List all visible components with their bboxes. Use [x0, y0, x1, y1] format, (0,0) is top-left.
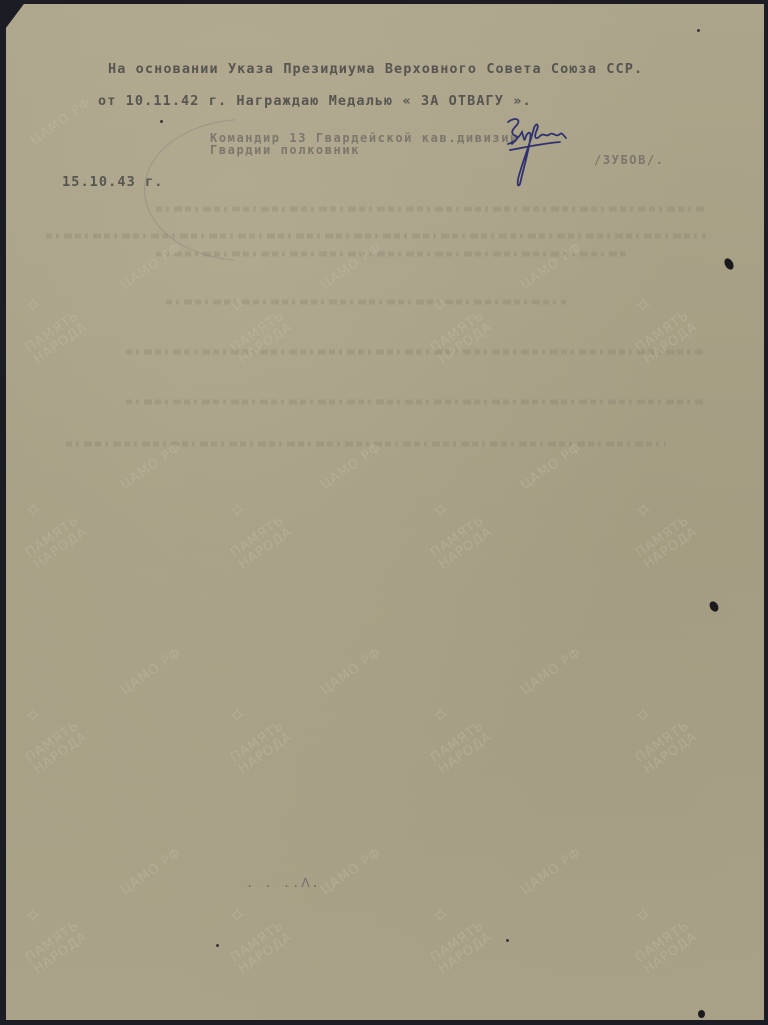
star-icon: ✧ [634, 704, 652, 729]
watermark-archive: ЦАМО РФ [518, 845, 584, 898]
watermark-archive: ЦАМО РФ [118, 240, 184, 293]
watermark-archive: ЦАМО РФ [518, 645, 584, 698]
watermark-archive: ЦАМО РФ [318, 440, 384, 493]
ink-smudge: . . ..ꓥ. [246, 876, 321, 890]
star-icon: ✧ [24, 499, 42, 524]
star-icon: ✧ [431, 499, 449, 524]
punch-hole [708, 600, 720, 614]
commander-title-line2: Гвардии полковник [210, 143, 360, 157]
handwritten-signature [502, 114, 582, 194]
star-icon: ✧ [24, 904, 42, 929]
star-icon: ✧ [228, 704, 246, 729]
document-page: На основании Указа Президиума Верховного… [6, 4, 764, 1020]
star-icon: ✧ [228, 904, 246, 929]
star-icon: ✧ [634, 294, 652, 319]
watermark-archive: ЦАМО РФ [28, 95, 94, 148]
commander-name: /ЗУБОВ/. [594, 153, 665, 167]
watermark-archive: ЦАМО РФ [118, 645, 184, 698]
star-icon: ✧ [24, 704, 42, 729]
star-icon: ✧ [228, 294, 246, 319]
star-icon: ✧ [431, 294, 449, 319]
watermark-archive: ЦАМО РФ [318, 240, 384, 293]
paper-speck [697, 29, 700, 32]
watermark-archive: ЦАМО РФ [318, 845, 384, 898]
watermark-archive: ЦАМО РФ [518, 440, 584, 493]
order-award-line: от 10.11.42 г. Награждаю Медалью « ЗА ОТ… [98, 93, 532, 109]
watermark-archive: ЦАМО РФ [118, 440, 184, 493]
order-date: 15.10.43 г. [62, 174, 164, 190]
star-icon: ✧ [431, 904, 449, 929]
star-icon: ✧ [228, 499, 246, 524]
paper-speck [216, 944, 219, 947]
punch-hole [723, 257, 736, 271]
watermark-archive: ЦАМО РФ [318, 645, 384, 698]
star-icon: ✧ [634, 904, 652, 929]
paper-speck [506, 939, 509, 942]
bleed-through-text [6, 4, 764, 504]
paper-speck [160, 120, 163, 123]
order-basis-line: На основании Указа Президиума Верховного… [108, 61, 643, 77]
star-icon: ✧ [24, 294, 42, 319]
star-icon: ✧ [431, 704, 449, 729]
star-icon: ✧ [634, 499, 652, 524]
watermark-archive: ЦАМО РФ [118, 845, 184, 898]
watermark-archive: ЦАМО РФ [518, 240, 584, 293]
punch-hole [698, 1010, 705, 1018]
